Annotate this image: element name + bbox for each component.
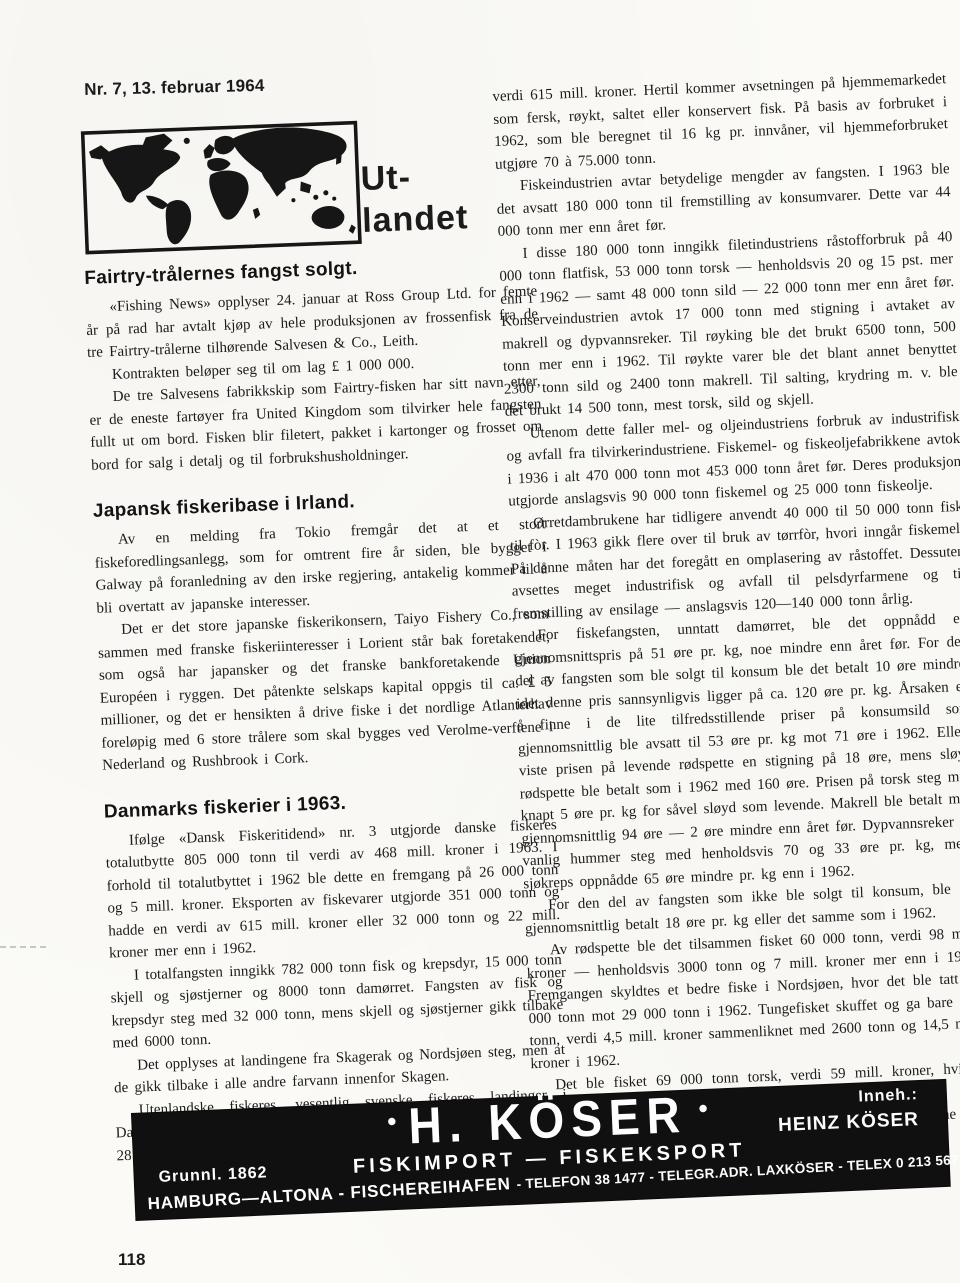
section-title-line1: Ut-: [360, 154, 468, 200]
article-paragraph: Utenom dette faller mel- og oljeindustri…: [505, 405, 960, 513]
article-paragraph: Ifølge «Dansk Fiskeritidend» nr. 3 utgjo…: [105, 814, 562, 965]
banner-owner-label: Inneh.:: [777, 1086, 918, 1110]
section-title-line2: landet: [361, 196, 469, 242]
banner-company-name: H. KÖSER: [407, 1086, 688, 1155]
article-paragraph: I disse 180 000 tonn inngikk filetindust…: [498, 226, 959, 424]
article-paragraph: Av en melding fra Tokio fremgår det at e…: [94, 513, 549, 620]
article-paragraph: Ørretdambrukene har tidligere anvendt 40…: [509, 495, 960, 625]
article-paragraph: Av rødspette ble det tilsammen fisket 60…: [526, 923, 960, 1076]
world-map-figure: [80, 119, 363, 256]
world-map-image: [80, 119, 363, 256]
article-fairtry: Fairtry-trålernes fangst solgt. «Fishing…: [84, 251, 543, 476]
right-column: verdi 615 mill. kroner. Hertil kommer av…: [492, 68, 960, 1165]
article-paragraph: For fiskefangsten, unntatt damørret, ble…: [513, 608, 960, 896]
page-number: 118: [118, 1250, 145, 1270]
banner-founded-label: Grunnl. 1862: [158, 1164, 268, 1187]
scan-edge-artifact: [0, 946, 46, 948]
article-paragraph: Det er det store japanske fiskerikonsern…: [97, 603, 554, 777]
banner-owner-block: Inneh.: HEINZ KÖSER: [777, 1086, 920, 1137]
bullet-icon: •: [375, 1105, 409, 1136]
section-title-utlandet: Ut- landet: [360, 154, 469, 242]
banner-owner-name: HEINZ KÖSER: [778, 1109, 920, 1137]
article-japansk-fiskeribase: Japansk fiskeribase i Irland. Av en meld…: [93, 484, 555, 777]
left-column: Fairtry-trålernes fangst solgt. «Fishing…: [84, 251, 570, 1189]
article-paragraph: I totalfangsten inngikk 782 000 tonn fis…: [110, 948, 565, 1055]
issue-header: Nr. 7, 13. februar 1964: [84, 76, 265, 100]
bullet-icon: •: [686, 1092, 720, 1123]
article-paragraph: De tre Salvesens fabrikkskip som Fairtry…: [88, 370, 543, 477]
